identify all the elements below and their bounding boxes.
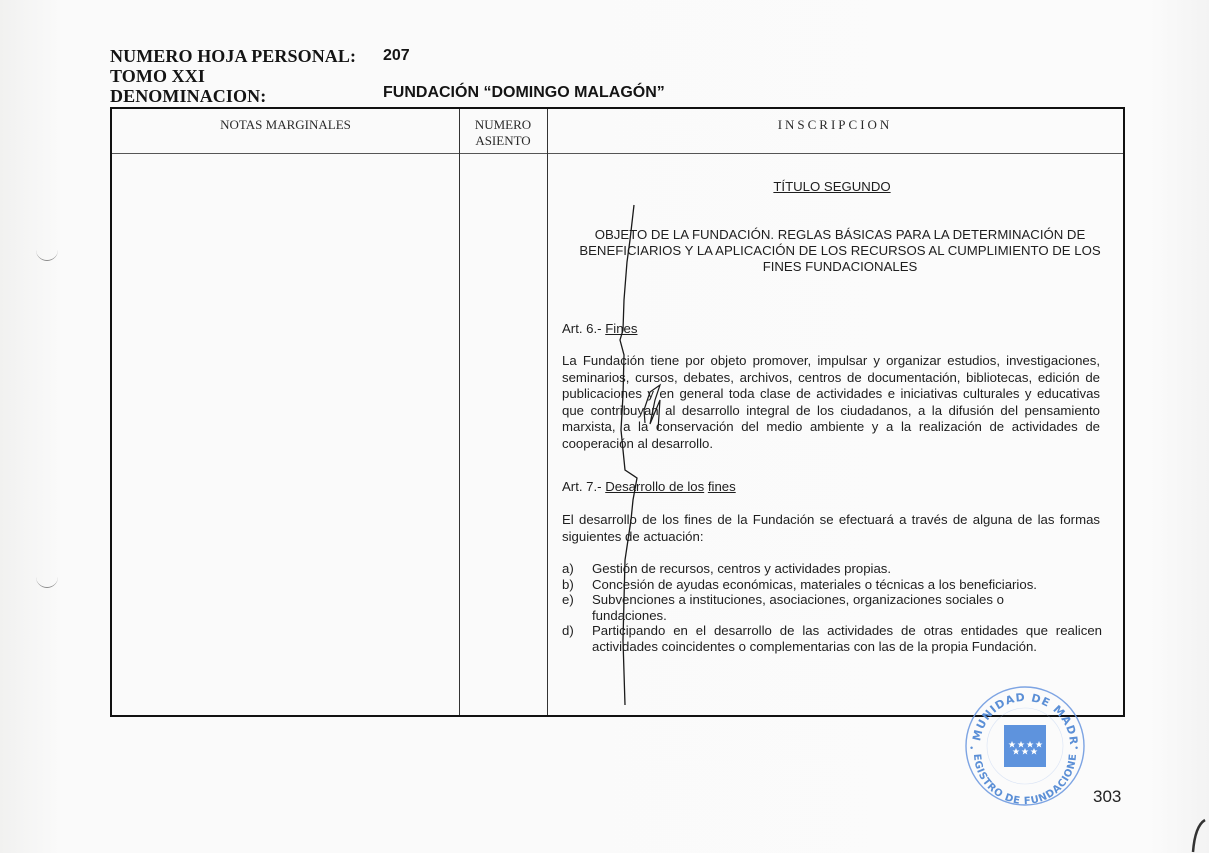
page-curl-mark [1185, 818, 1209, 853]
document-page: NUMERO HOJA PERSONAL: 207 TOMO XXI DENOM… [0, 0, 1209, 853]
registry-stamp: COMUNIDAD DE MADRID REGISTRO DE FUNDACIO… [962, 683, 1088, 809]
svg-text:•: • [1075, 743, 1078, 753]
page-number: 303 [1093, 787, 1121, 807]
svg-text:•: • [970, 743, 973, 753]
